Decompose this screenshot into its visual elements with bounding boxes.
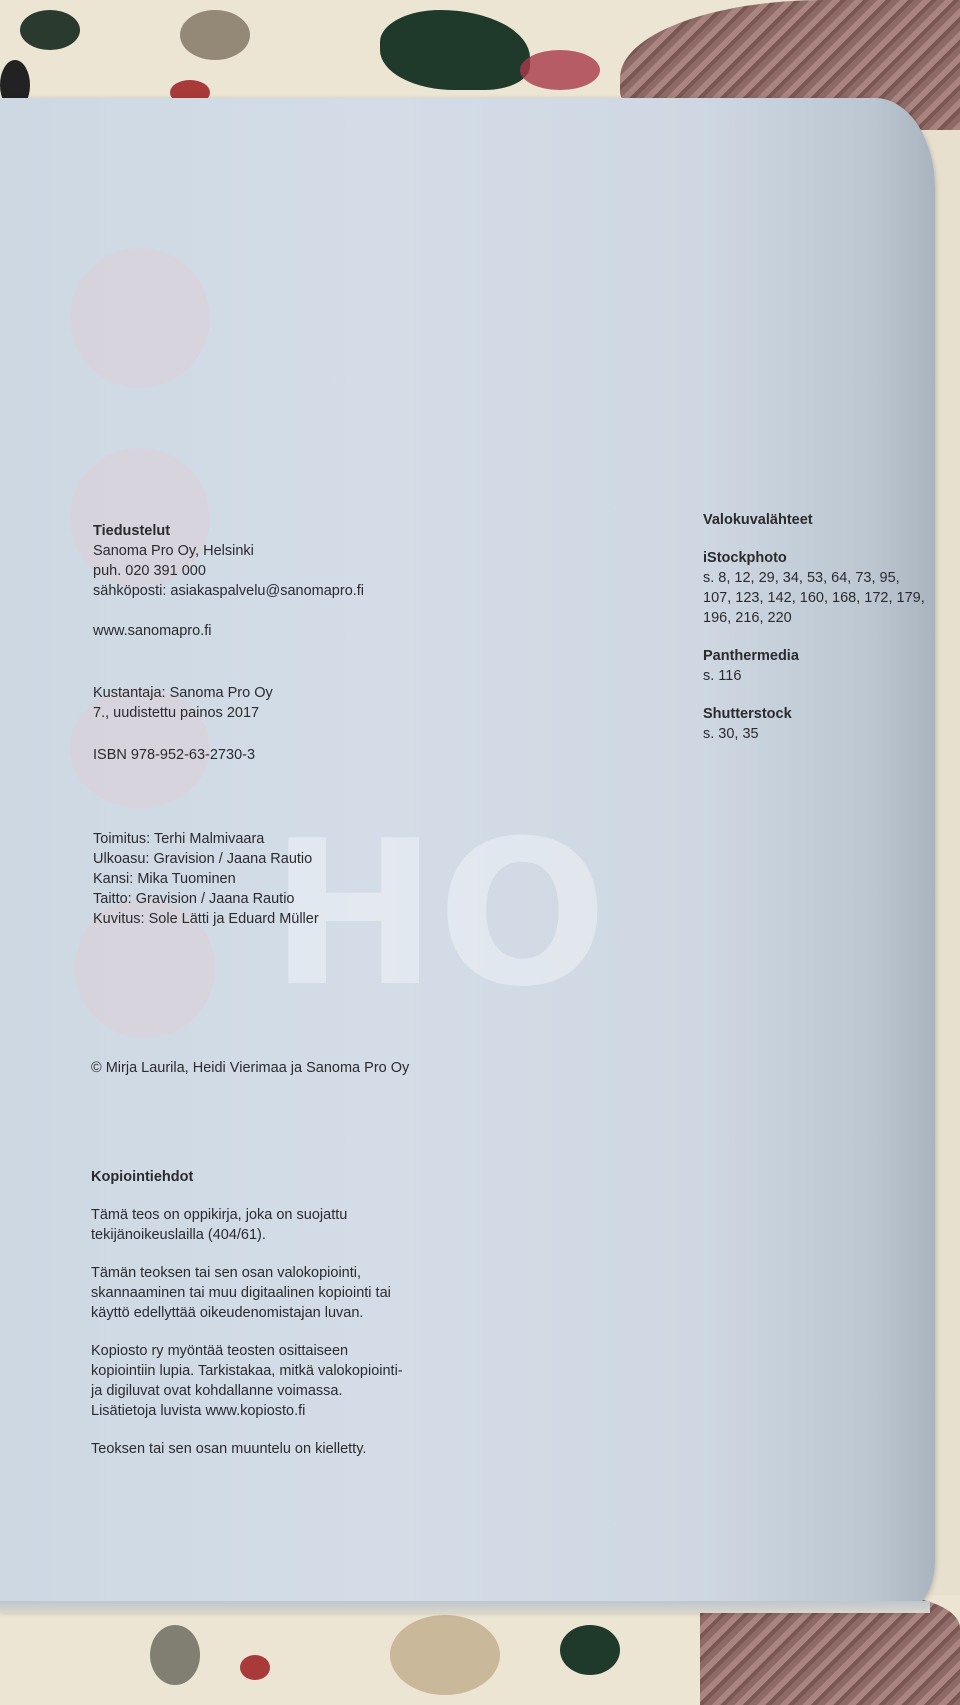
terms-paragraph-2-line-3: käyttö edellyttää oikeudenomistajan luva…	[91, 1303, 403, 1323]
publisher-block: Kustantaja: Sanoma Pro Oy 7., uudistettu…	[93, 683, 273, 723]
credit-layout: Ulkoasu: Gravision / Jaana Rautio	[93, 849, 319, 869]
isbn: ISBN 978-952-63-2730-3	[93, 745, 255, 765]
terms-paragraph-3-line-1: Kopiosto ry myöntää teosten osittaiseen	[91, 1341, 403, 1361]
terms-paragraph-3-line-4: Lisätietoja luvista www.kopiosto.fi	[91, 1401, 403, 1421]
source-istockphoto-pages-3: 196, 216, 220	[703, 608, 925, 628]
publisher-name: Kustantaja: Sanoma Pro Oy	[93, 683, 273, 703]
page-edge	[0, 1601, 930, 1613]
inquiries-block: Tiedustelut Sanoma Pro Oy, Helsinki puh.…	[93, 521, 364, 601]
credit-illustrations: Kuvitus: Sole Lätti ja Eduard Müller	[93, 909, 319, 929]
edition: 7., uudistettu painos 2017	[93, 703, 273, 723]
terms-paragraph-3-line-2: kopiointiin lupia. Tarkistakaa, mitkä va…	[91, 1361, 403, 1381]
source-istockphoto-name: iStockphoto	[703, 548, 925, 568]
show-through-circle	[70, 248, 210, 388]
source-panthermedia-pages: s. 116	[703, 666, 925, 686]
terms-paragraph-1-line-2: tekijänoikeuslailla (404/61).	[91, 1225, 403, 1245]
terms-paragraph-2-line-1: Tämän teoksen tai sen osan valokopiointi…	[91, 1263, 403, 1283]
source-shutterstock-pages: s. 30, 35	[703, 724, 925, 744]
source-panthermedia-name: Panthermedia	[703, 646, 925, 666]
photo-sources-block: Valokuvalähteet iStockphoto s. 8, 12, 29…	[703, 510, 925, 744]
inquiries-phone: puh. 020 391 000	[93, 561, 364, 581]
terms-paragraph-2-line-2: skannaaminen tai muu digitaalinen kopioi…	[91, 1283, 403, 1303]
copying-terms-heading: Kopiointiehdot	[91, 1167, 403, 1187]
terms-paragraph-4-line-1: Teoksen tai sen osan muuntelu on kiellet…	[91, 1439, 403, 1459]
website-link: www.sanomapro.fi	[93, 621, 211, 641]
source-istockphoto-pages-1: s. 8, 12, 29, 34, 53, 64, 73, 95,	[703, 568, 925, 588]
credit-cover: Kansi: Mika Tuominen	[93, 869, 319, 889]
credit-editor: Toimitus: Terhi Malmivaara	[93, 829, 319, 849]
inquiries-heading: Tiedustelut	[93, 521, 364, 541]
inquiries-company: Sanoma Pro Oy, Helsinki	[93, 541, 364, 561]
copyright-line: © Mirja Laurila, Heidi Vierimaa ja Sanom…	[91, 1058, 409, 1078]
inquiries-email: sähköposti: asiakaspalvelu@sanomapro.fi	[93, 581, 364, 601]
source-shutterstock-name: Shutterstock	[703, 704, 925, 724]
credit-typesetting: Taitto: Gravision / Jaana Rautio	[93, 889, 319, 909]
terms-paragraph-1-line-1: Tämä teos on oppikirja, joka on suojattu	[91, 1205, 403, 1225]
copying-terms-block: Kopiointiehdot Tämä teos on oppikirja, j…	[91, 1167, 403, 1459]
show-through-title: HO	[270, 798, 607, 1031]
credits-block: Toimitus: Terhi Malmivaara Ulkoasu: Grav…	[93, 829, 319, 929]
terms-paragraph-3-line-3: ja digiluvat ovat kohdallanne voimassa.	[91, 1381, 403, 1401]
photo-sources-heading: Valokuvalähteet	[703, 510, 925, 530]
source-istockphoto-pages-2: 107, 123, 142, 160, 168, 172, 179,	[703, 588, 925, 608]
